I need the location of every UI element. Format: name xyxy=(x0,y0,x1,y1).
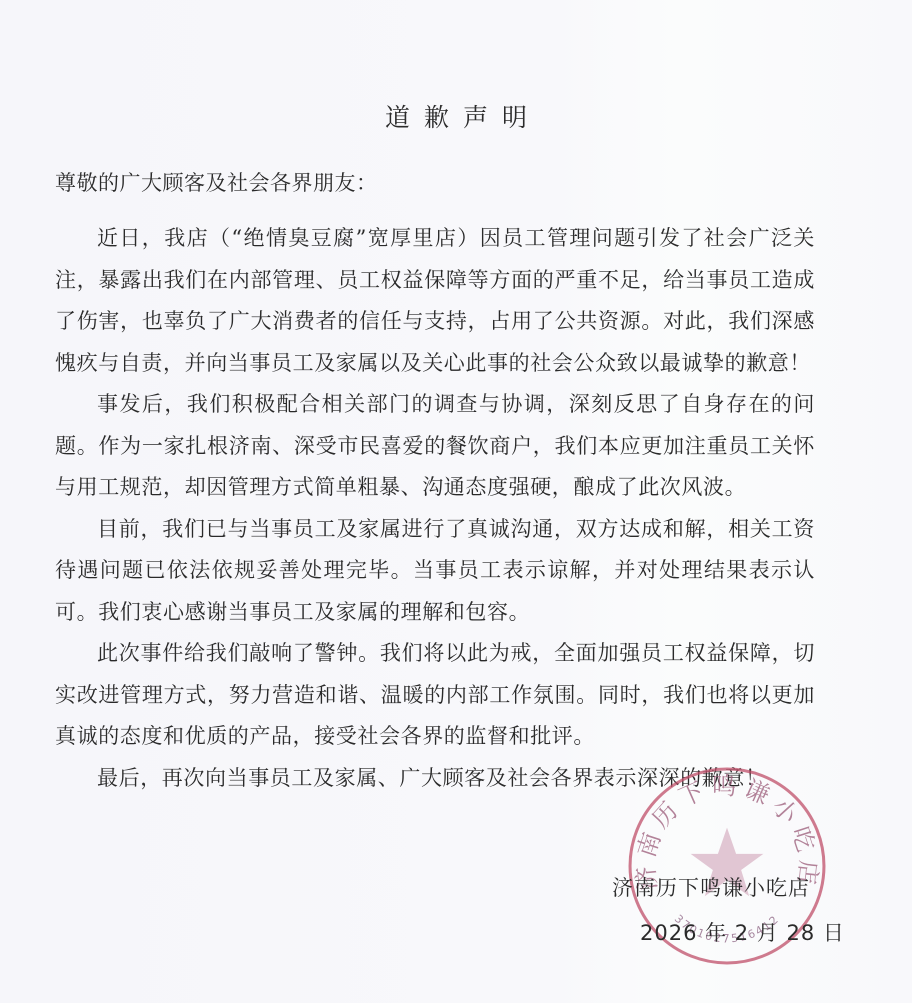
paragraph: 事发后，我们积极配合相关部门的调查与协调，深刻反思了自身存在的问题。作为一家扎根… xyxy=(55,384,815,509)
signature: 济南历下鸣谦小吃店 xyxy=(612,872,810,902)
paragraph: 此次事件给我们敲响了警钟。我们将以此为戒，全面加强员工权益保障，切实改进管理方式… xyxy=(55,633,815,758)
paragraph: 近日，我店（“绝情臭豆腐”宽厚里店）因员工管理问题引发了社会广泛关注，暴露出我们… xyxy=(55,218,815,384)
paragraph: 目前，我们已与当事员工及家属进行了真诚沟通，双方达成和解，相关工资待遇问题已依法… xyxy=(55,509,815,634)
scanned-document: 道歉声明 尊敬的广大顾客及社会各界朋友： 近日，我店（“绝情臭豆腐”宽厚里店）因… xyxy=(0,0,912,1003)
document-body: 近日，我店（“绝情臭豆腐”宽厚里店）因员工管理问题引发了社会广泛关注，暴露出我们… xyxy=(55,218,815,799)
document-date: 2026 年 2 月 28 日 xyxy=(640,917,845,947)
document-title: 道歉声明 xyxy=(0,98,912,134)
salutation: 尊敬的广大顾客及社会各界朋友： xyxy=(55,167,378,197)
